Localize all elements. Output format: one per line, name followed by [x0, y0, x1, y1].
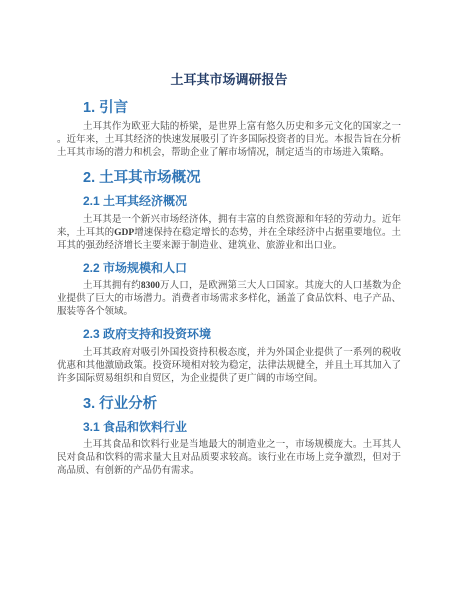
- paragraph: 土耳其拥有约8300万人口，是欧洲第三大人口国家。其庞大的人口基数为企业提供了巨…: [57, 280, 401, 319]
- document-page: 土耳其市场调研报告 1. 引言土耳其作为欧亚大陆的桥梁，是世界上富有悠久历史和多…: [0, 0, 463, 600]
- text-run: 土耳其政府对吸引外国投资持积极态度，并为外国企业提供了一系列的税收优惠和其他激励…: [57, 348, 401, 384]
- paragraph: 土耳其政府对吸引外国投资持积极态度，并为外国企业提供了一系列的税收优惠和其他激励…: [57, 347, 401, 386]
- document-title: 土耳其市场调研报告: [57, 70, 401, 90]
- text-run: 土耳其作为欧亚大陆的桥梁，是世界上富有悠久历史和多元文化的国家之一。近年来，土耳…: [57, 122, 401, 158]
- bold-text-run: GDP: [114, 228, 134, 238]
- text-run: 3. 行业分析: [83, 396, 157, 412]
- paragraph: 土耳其食品和饮料行业是当地最大的制造业之一，市场规模庞大。土耳其人民对食品和饮料…: [57, 439, 401, 478]
- text-run: 土耳其拥有约: [83, 281, 141, 291]
- document-body: 1. 引言土耳其作为欧亚大陆的桥梁，是世界上富有悠久历史和多元文化的国家之一。近…: [57, 100, 401, 478]
- text-run: 2. 土耳其市场概况: [83, 170, 201, 186]
- text-run: 3.1 食品和饮料行业: [83, 420, 187, 434]
- subsection-heading: 2.2 市场规模和人口: [83, 262, 401, 276]
- text-run: 2.3 政府支持和投资环境: [83, 327, 211, 341]
- subsection-heading: 3.1 食品和饮料行业: [83, 421, 401, 435]
- paragraph: 土耳其是一个新兴市场经济体，拥有丰富的自然资源和年轻的劳动力。近年来，土耳其的G…: [57, 214, 401, 253]
- section-heading: 2. 土耳其市场概况: [83, 170, 401, 186]
- section-heading: 3. 行业分析: [83, 396, 401, 412]
- subsection-heading: 2.1 土耳其经济概况: [83, 195, 401, 209]
- section-heading: 1. 引言: [83, 100, 401, 116]
- text-run: 2.2 市场规模和人口: [83, 261, 187, 275]
- subsection-heading: 2.3 政府支持和投资环境: [83, 328, 401, 342]
- text-run: 1. 引言: [83, 100, 128, 116]
- paragraph: 土耳其作为欧亚大陆的桥梁，是世界上富有悠久历史和多元文化的国家之一。近年来，土耳…: [57, 121, 401, 160]
- text-run: 2.1 土耳其经济概况: [83, 194, 187, 208]
- text-run: 土耳其食品和饮料行业是当地最大的制造业之一，市场规模庞大。土耳其人民对食品和饮料…: [57, 440, 401, 476]
- bold-text-run: 8300: [141, 281, 160, 291]
